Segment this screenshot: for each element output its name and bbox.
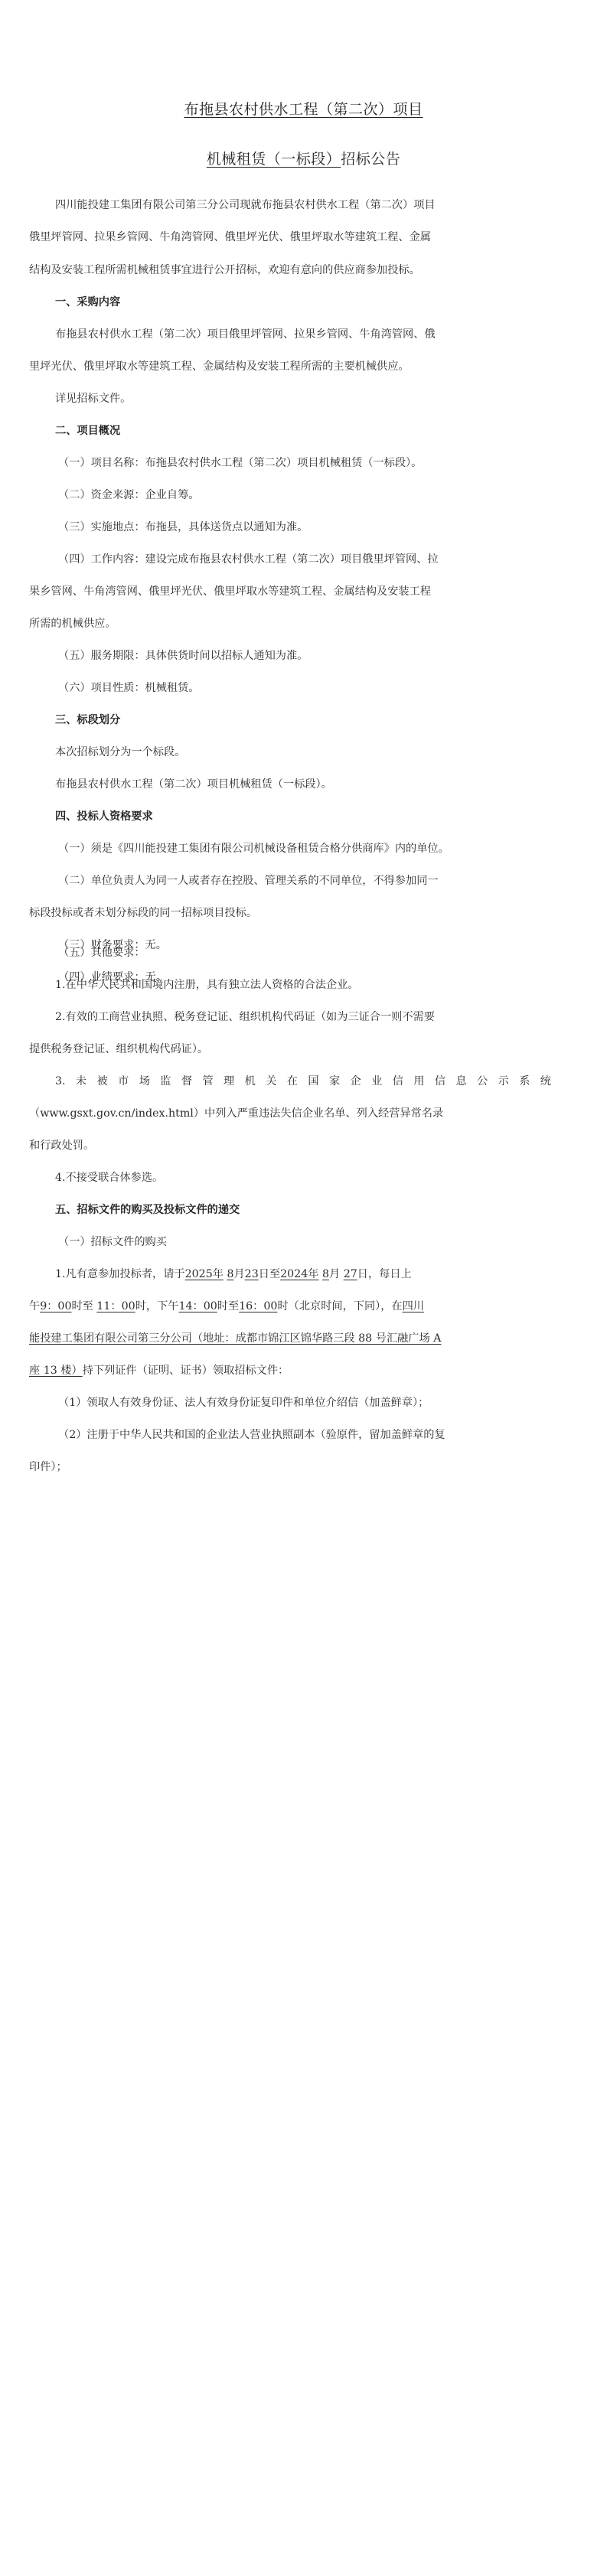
overview-item: 果乡管网、牛角湾管网、俄里坪光伏、俄里坪取水等建筑工程、金属结构及安装工程 [29,584,550,599]
qualification-item: （三）财务要求：无。 [58,937,579,953]
overview-item: （五）服务期限：具体供货时间以招标人通知为准。 [58,648,579,664]
paragraph-line: 详见招标文件。 [55,391,576,406]
section-heading-lots: 三、标段划分 [55,712,576,728]
overview-item: （三）实施地点：布拖县，具体送货点以通知为准。 [58,520,579,535]
intro-line: 俄里坪管网、拉果乡管网、牛角湾管网、俄里坪光伏、俄里坪取水等建筑工程、金属 [29,230,550,245]
qualification-item: 标段投标或者未划分标段的同一招标项目投标。 [29,905,550,921]
overview-item: （二）资金来源：企业自筹。 [58,487,579,503]
title-line-2: 机械租赁（一标段）招标公告 [0,148,607,168]
paragraph-line: 布拖县农村供水工程（第二次）项目俄里坪管网、拉果乡管网、牛角湾管网、俄 [55,327,576,342]
overview-item: （六）项目性质：机械租赁。 [58,680,579,696]
intro-line: 结构及安装工程所需机械租赁事宜进行公开招标，欢迎有意向的供应商参加投标。 [29,262,550,278]
section-heading-procurement: 一、采购内容 [55,295,576,310]
paragraph-line: 本次招标划分为一个标段。 [55,745,576,760]
project-name: 布拖县农村供水工程（第二次）项目 [184,101,423,118]
section-heading-qualification: 四、投标人资格要求 [55,809,576,824]
tender-announcement-page: 布拖县农村供水工程（第二次）项目 机械租赁（一标段）招标公告 四川能投建工集团有… [0,0,607,2576]
overview-item: 所需的机械供应。 [29,616,550,631]
paragraph-line: 里坪光伏、俄里坪取水等建筑工程、金属结构及安装工程所需的主要机械供应。 [29,359,550,374]
intro-line: 四川能投建工集团有限公司第三分公司现就布拖县农村供水工程（第二次）项目 [55,197,576,213]
qualification-item: （一）须是《四川能投建工集团有限公司机械设备租赁合格分供商库》内的单位。 [58,841,579,856]
paragraph-line: 布拖县农村供水工程（第二次）项目机械租赁（一标段）。 [55,777,576,792]
qualification-item: （二）单位负责人为同一人或者存在控股、管理关系的不同单位，不得参加同一 [58,873,579,889]
title-line-1: 布拖县农村供水工程（第二次）项目 [0,98,607,119]
qualification-item: （四）业绩要求：无。 [58,970,579,985]
announcement-label: 招标公告 [341,151,400,168]
overview-item: （四）工作内容：建设完成布拖县农村供水工程（第二次）项目俄里坪管网、拉 [58,552,579,567]
lot-name: 机械租赁（一标段） [207,151,341,168]
section-heading-overview: 二、项目概况 [55,423,576,439]
overview-item: （一）项目名称：布拖县农村供水工程（第二次）项目机械租赁（一标段）。 [58,455,579,471]
